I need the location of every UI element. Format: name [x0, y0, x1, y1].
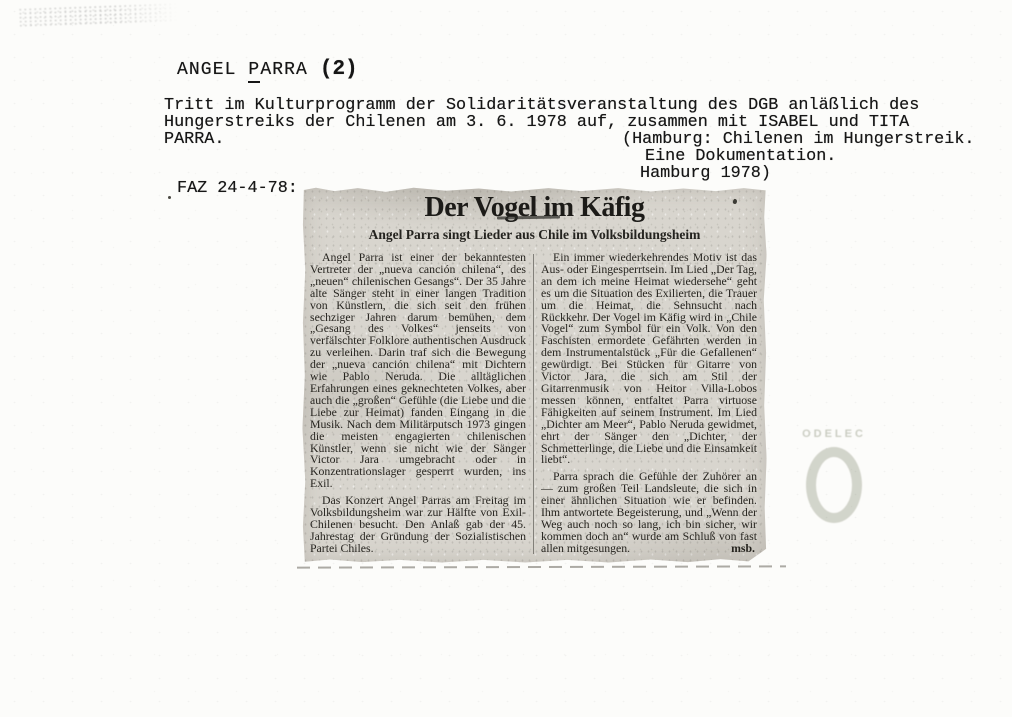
watermark-text: ODELEC — [792, 428, 876, 440]
clipping-subheadline: Angel Parra singt Lieder aus Chile im Vo… — [302, 227, 767, 243]
article-paragraph: Das Konzert Angel Parras am Freitag im V… — [310, 495, 526, 555]
newspaper-clipping: Der Vogel im Käfig Angel Parra singt Lie… — [302, 187, 767, 564]
page-title-name-pre: ANGEL — [177, 60, 248, 80]
typed-body-line-2: Hungerstreiks der Chilenen am 3. 6. 1978… — [164, 114, 909, 131]
citation-line-3: Hamburg 1978) — [640, 165, 771, 182]
source-date-label: FAZ 24-4-78: — [177, 180, 298, 197]
ink-speck — [168, 196, 171, 199]
article-paragraph: Ein immer wiederkehrendes Motiv ist das … — [541, 252, 757, 466]
pencil-scribble-mark — [18, 2, 179, 28]
clipping-headline: Der Vogel im Käfig — [302, 192, 767, 224]
entry-number: (2) — [320, 58, 358, 81]
typed-body-line-1: Tritt im Kulturprogramm der Solidaritäts… — [164, 97, 919, 114]
typed-body-line-3: PARRA. — [164, 131, 224, 148]
page-title: ANGEL PARRA (2) — [177, 61, 358, 79]
citation-line-1: (Hamburg: Chilenen im Hungerstreik. — [622, 131, 974, 148]
page-title-name-rest: ARRA — [260, 60, 320, 80]
watermark-ring-icon — [806, 447, 862, 523]
article-right-column: Ein immer wiederkehrendes Motiv ist das … — [541, 252, 757, 560]
article-paragraph: Angel Parra ist einer der bekanntesten V… — [310, 252, 526, 490]
page-title-underlined-letter: P — [248, 60, 260, 83]
article-byline: msb. — [719, 543, 755, 555]
watermark-stamp: ODELEC — [792, 428, 876, 523]
article-columns: Angel Parra ist einer der bekanntesten V… — [302, 252, 767, 560]
clipping-scan-shadow — [297, 565, 786, 568]
archive-page: ANGEL PARRA (2) Tritt im Kulturprogramm … — [0, 0, 1012, 717]
citation-line-2: Eine Dokumentation. — [645, 148, 836, 165]
article-paragraph: Parra sprach die Gefühle der Zuhörer an … — [541, 471, 757, 554]
column-divider-rule — [533, 254, 534, 554]
article-left-column: Angel Parra ist einer der bekanntesten V… — [310, 252, 526, 560]
